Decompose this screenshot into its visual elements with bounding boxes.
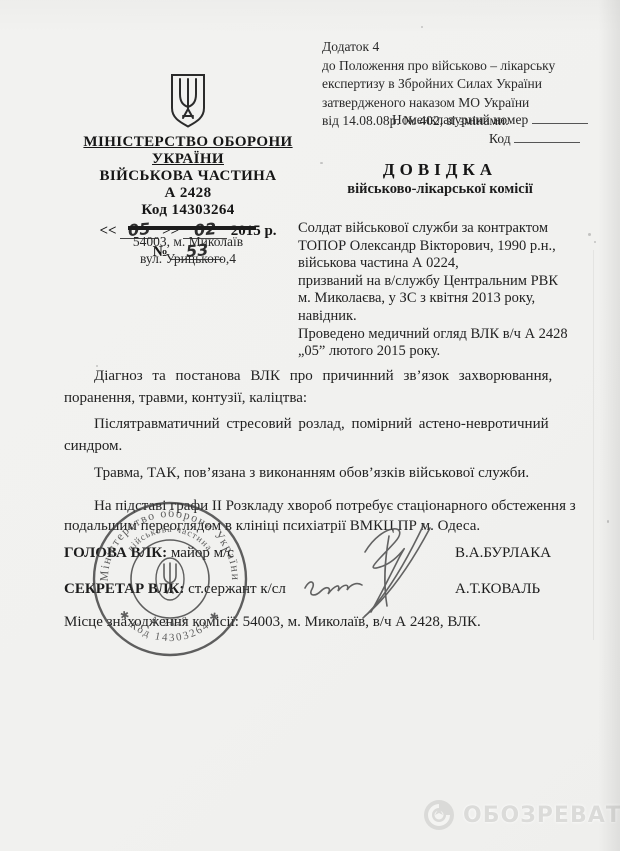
intro-line: ТОПОР Олександр Вікторович, 1990 р.н.,: [298, 238, 608, 256]
svg-text:А 2428: А 2428: [149, 614, 192, 629]
code-label: Код: [489, 131, 511, 146]
paragraph-line: поранення, травми, контузії, каліцтва:: [64, 388, 604, 410]
scan-speck: [607, 520, 609, 523]
stamp-trident-icon: [156, 558, 184, 600]
unit-number: А 2428: [62, 185, 314, 202]
intro-line: Проведено медичний огляд ВЛК в/ч А 2428: [298, 326, 608, 344]
ministry-name: МІНІСТЕРСТВО ОБОРОНИ: [62, 134, 314, 151]
scan-speck: [421, 26, 423, 28]
address-block: 54003, м. Миколаїв вул. Урицького,4: [62, 233, 314, 267]
round-seal-stamp: Міністерство оборони України ✱ Код 14303…: [86, 495, 254, 663]
paragraph-line: Травма, ТАК, пов’язана з виконанням обов…: [64, 463, 604, 484]
annex-line: затвердженого наказом МО України: [322, 94, 602, 113]
scan-speck: [96, 365, 98, 367]
watermark: ОБОЗРЕВАТЕЛЬ: [423, 799, 620, 831]
annex-line: до Положення про військово – лікарську: [322, 57, 602, 76]
document-title: ДОВІДКА: [300, 160, 580, 180]
handwritten-signatures: [293, 514, 468, 626]
unit-label: ВІЙСЬКОВА ЧАСТИНА: [62, 168, 314, 185]
intro-line: навідник.: [298, 308, 608, 326]
annex-line: Додаток 4: [322, 38, 602, 57]
intro-line: військова частина А 0224,: [298, 255, 608, 273]
secretary-ink-signature: [305, 582, 362, 595]
trauma-paragraph: Травма, ТАК, пов’язана з виконанням обов…: [64, 463, 604, 484]
obozrevatel-logo-icon: [423, 799, 455, 831]
annex-line: експертизу в Збройних Силах України: [322, 75, 602, 94]
code-line: Код: [489, 130, 580, 147]
ministry-name-2: УКРАЇНИ: [62, 151, 314, 168]
address-line: вул. Урицького,4: [62, 250, 314, 267]
nomenclature-number-line: Номенклатурний номер: [392, 111, 588, 128]
scan-fold-line: [593, 250, 594, 640]
trident-emblem-icon: [167, 72, 209, 130]
scan-speck: [320, 162, 323, 164]
unit-code: Код 14303264: [62, 202, 314, 219]
paragraph-line: Діагноз та постанова ВЛК про причинний з…: [64, 366, 604, 388]
intro-line: Солдат військової служби за контрактом: [298, 220, 608, 238]
chairman-name: В.А.БУРЛАКА: [455, 545, 551, 562]
intro-block: Солдат військової служби за контрактом Т…: [298, 220, 608, 361]
scanned-document: Додаток 4 до Положення про військово – л…: [0, 0, 620, 851]
nomenclature-label: Номенклатурний номер: [392, 112, 528, 127]
intro-line: призваний на в/службу Центральним РВК: [298, 273, 608, 291]
letterhead-divider: [128, 226, 256, 230]
intro-line: „05” лютого 2015 року.: [298, 343, 608, 361]
scan-speck: [594, 241, 596, 243]
diagnosis-paragraph: Післятравматичний стресовий розлад, помі…: [64, 414, 604, 457]
watermark-text: ОБОЗРЕВАТЕЛЬ: [463, 803, 620, 828]
intro-line: м. Миколаєва, у ЗС з квітня 2013 року,: [298, 290, 608, 308]
stamp-inner-bottom-text: А 2428: [149, 614, 192, 629]
blank-line: [514, 130, 580, 143]
address-line: 54003, м. Миколаїв: [62, 233, 314, 250]
blank-line: [532, 111, 588, 124]
scan-speck: [588, 233, 591, 236]
document-subtitle: військово-лікарської комісії: [300, 181, 580, 198]
diagnosis-heading-paragraph: Діагноз та постанова ВЛК про причинний з…: [64, 366, 604, 409]
paragraph-line: Післятравматичний стресовий розлад, помі…: [64, 414, 604, 436]
paragraph-line: синдром.: [64, 436, 604, 458]
